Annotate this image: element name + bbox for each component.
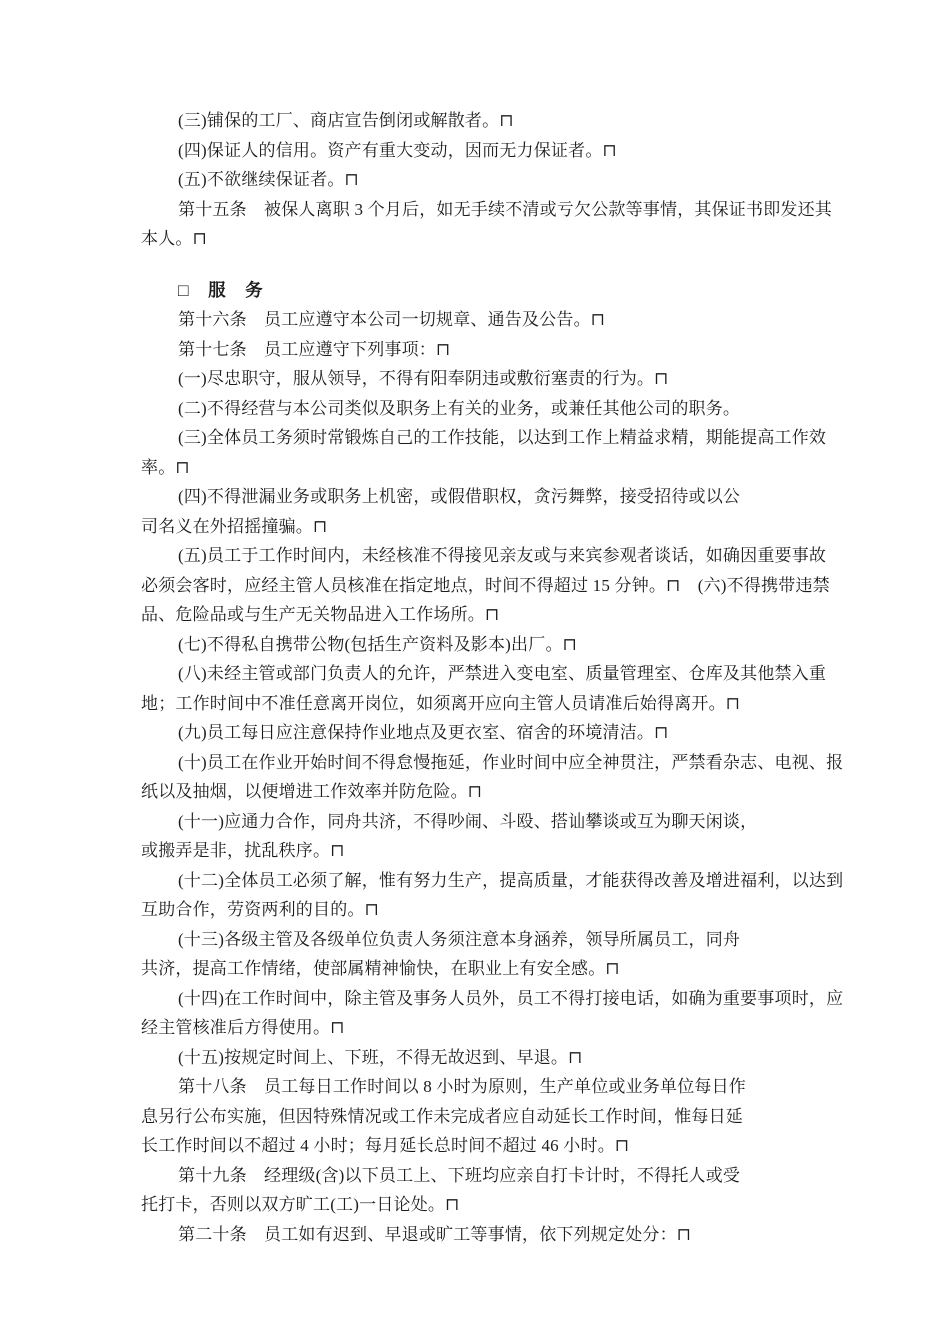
paragraph: (九)员工每日应注意保持作业地点及更衣室、宿舍的环境清洁。⊓ (141, 718, 841, 748)
document-page: (三)铺保的工厂、商店宣告倒闭或解散者。⊓(四)保证人的信用。资产有重大变动，因… (141, 106, 841, 1249)
section-heading: □ 服 务 (141, 276, 841, 306)
paragraph: (二)不得经营与本公司类似及职务上有关的业务，或兼任其他公司的职务。 (141, 394, 841, 424)
paragraph: (十)员工在作业开始时间不得怠慢拖延，作业时间中应全神贯注，严禁看杂志、电视、报… (141, 748, 841, 807)
paragraph: (十五)按规定时间上、下班，不得无故迟到、早退。⊓ (141, 1043, 841, 1073)
paragraph: (十二)全体员工必须了解，惟有努力生产，提高质量，才能获得改善及增进福利，以达到… (141, 866, 841, 925)
paragraph: (一)尽忠职守，服从领导，不得有阳奉阴违或敷衍塞责的行为。⊓ (141, 364, 841, 394)
paragraph: (八)未经主管或部门负责人的允许，严禁进入变电室、质量管理室、仓库及其他禁入重 … (141, 659, 841, 718)
paragraph: (三)全体员工务须时常锻炼自己的工作技能，以达到工作上精益求精，期能提高工作效 … (141, 423, 841, 482)
paragraph: 第十九条 经理级(含)以下员工上、下班均应亲自打卡计时，不得托人或受 托打卡，否… (141, 1161, 841, 1220)
paragraph: 第十七条 员工应遵守下列事项：⊓ (141, 335, 841, 365)
paragraph: (十四)在工作时间中，除主管及事务人员外，员工不得打接电话，如确为重要事项时，应… (141, 984, 841, 1043)
paragraph: (三)铺保的工厂、商店宣告倒闭或解散者。⊓ (141, 106, 841, 136)
paragraph: 第二十条 员工如有迟到、早退或旷工等事情，依下列规定处分：⊓ (141, 1220, 841, 1250)
paragraph: (四)保证人的信用。资产有重大变动，因而无力保证者。⊓ (141, 136, 841, 166)
paragraph: (十一)应通力合作，同舟共济，不得吵闹、斗殴、搭讪攀谈或互为聊天闲谈， 或搬弄是… (141, 807, 841, 866)
paragraph: (十三)各级主管及各级单位负责人务须注意本身涵养，领导所属员工，同舟 共济，提高… (141, 925, 841, 984)
paragraph: (四)不得泄漏业务或职务上机密，或假借职权，贪污舞弊，接受招待或以公 司名义在外… (141, 482, 841, 541)
paragraph: 第十八条 员工每日工作时间以 8 小时为原则，生产单位或业务单位每日作 息另行公… (141, 1072, 841, 1161)
paragraph: (五)员工于工作时间内，未经核准不得接见亲友或与来宾参观者谈话，如确因重要事故 … (141, 541, 841, 630)
paragraph: 第十六条 员工应遵守本公司一切规章、通告及公告。⊓ (141, 305, 841, 335)
paragraph: (七)不得私自携带公物(包括生产资料及影本)出厂。⊓ (141, 630, 841, 660)
paragraph: 第十五条 被保人离职 3 个月后，如无手续不清或亏欠公款等事情，其保证书即发还其… (141, 195, 841, 254)
paragraph: (五)不欲继续保证者。⊓ (141, 165, 841, 195)
